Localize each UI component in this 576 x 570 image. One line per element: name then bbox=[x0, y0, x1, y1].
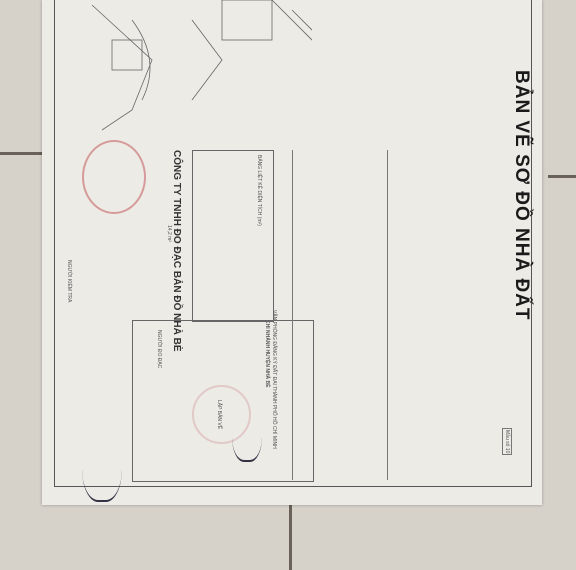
divider bbox=[292, 150, 293, 480]
site-map bbox=[72, 0, 312, 140]
area-table bbox=[192, 150, 274, 322]
page-label: Mẫu số 10 bbox=[502, 428, 512, 455]
document-title: BẢN VẼ SƠ ĐỒ NHÀ ĐẤT bbox=[510, 70, 532, 321]
divider bbox=[387, 150, 388, 480]
area-value: 14,2 m² bbox=[166, 225, 172, 242]
document-sheet: BẢN VẼ SƠ ĐỒ NHÀ ĐẤT CÔNG TY TNHH ĐO ĐẠC… bbox=[42, 0, 542, 505]
role-label: NGƯỜI KIỂM TRA bbox=[66, 260, 72, 302]
floor-tile-seam bbox=[289, 500, 292, 570]
floor-tile-seam bbox=[548, 175, 576, 178]
floor-tile-seam bbox=[0, 152, 48, 155]
signature bbox=[232, 400, 262, 462]
signature bbox=[82, 420, 122, 502]
official-stamp bbox=[82, 140, 146, 214]
